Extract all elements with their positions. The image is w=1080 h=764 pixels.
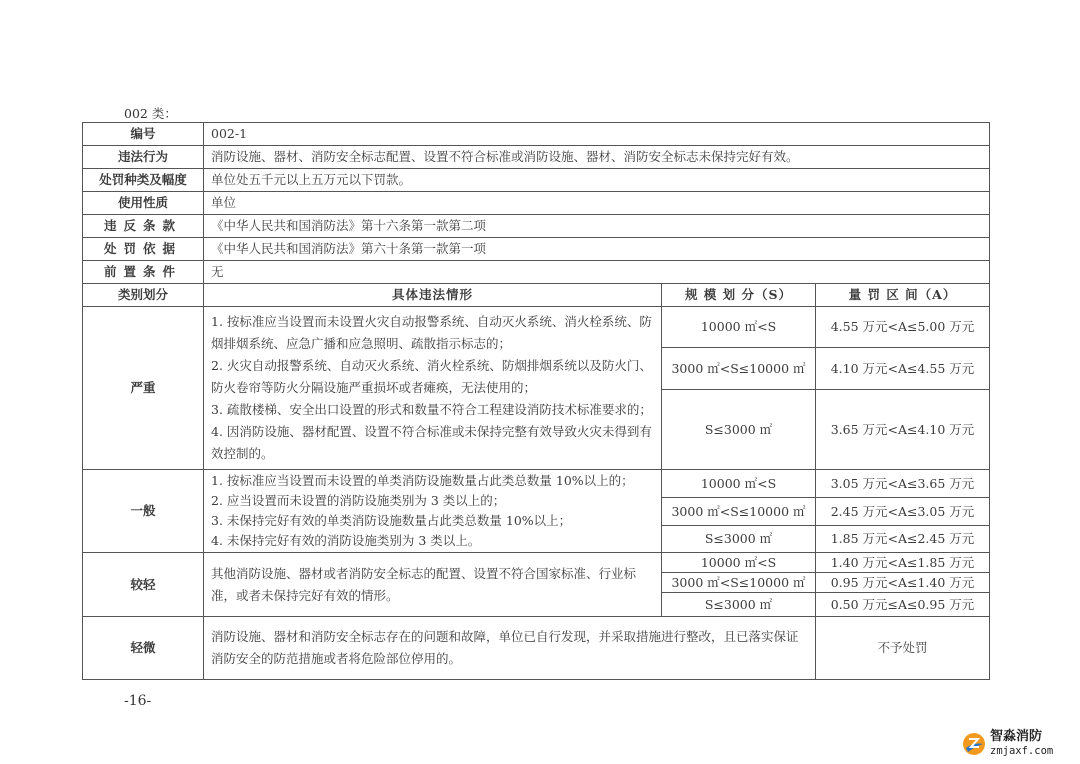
header-penalty: 量 罚 区 间（A） xyxy=(816,284,990,307)
watermark-name: 智淼消防 xyxy=(990,730,1053,744)
info-label: 编号 xyxy=(83,123,204,146)
info-label: 违反条款 xyxy=(83,215,204,238)
scale-tier: 10000 ㎡<S xyxy=(662,470,816,498)
info-row-violated-clause: 违反条款 《中华人民共和国消防法》第十六条第一款第二项 xyxy=(83,215,990,238)
header-category: 类别划分 xyxy=(83,284,204,307)
penalty-range: 0.95 万元<A≤1.40 万元 xyxy=(816,573,990,593)
penalty-range: 2.45 万元<A≤3.05 万元 xyxy=(816,498,990,526)
info-value: 《中华人民共和国消防法》第十六条第一款第二项 xyxy=(204,215,990,238)
penalty-range: 不予处罚 xyxy=(816,617,990,680)
info-row-usage: 使用性质 单位 xyxy=(83,192,990,215)
scale-tier: 3000 ㎡<S≤10000 ㎡ xyxy=(662,573,816,593)
penalty-range: 1.85 万元<A≤2.45 万元 xyxy=(816,526,990,553)
info-label: 前置条件 xyxy=(83,261,204,284)
scale-tier: 10000 ㎡<S xyxy=(662,553,816,573)
category-description: 1. 按标准应当设置而未设置的单类消防设施数量占此类总数量 10%以上的； 2.… xyxy=(204,470,662,553)
info-label: 使用性质 xyxy=(83,192,204,215)
category-name: 一般 xyxy=(83,470,204,553)
info-value: 消防设施、器材、消防安全标志配置、设置不符合标准或消防设施、器材、消防安全标志未… xyxy=(204,146,990,169)
watermark-url: zmjaxf.com xyxy=(990,744,1053,758)
info-row-id: 编号 002-1 xyxy=(83,123,990,146)
info-value: 单位处五千元以上五万元以下罚款。 xyxy=(204,169,990,192)
info-row-penalty-type: 处罚种类及幅度 单位处五千元以上五万元以下罚款。 xyxy=(83,169,990,192)
info-value: 单位 xyxy=(204,192,990,215)
info-value: 无 xyxy=(204,261,990,284)
penalty-range: 1.40 万元<A≤1.85 万元 xyxy=(816,553,990,573)
description-item: 消防设施、器材和消防安全标志存在的问题和故障，单位已自行发现，并采取措施进行整改… xyxy=(211,626,808,670)
penalty-range: 3.65 万元<A≤4.10 万元 xyxy=(816,390,990,470)
category-row-general: 一般 1. 按标准应当设置而未设置的单类消防设施数量占此类总数量 10%以上的；… xyxy=(83,470,990,498)
info-label: 处罚依据 xyxy=(83,238,204,261)
info-row-violation: 违法行为 消防设施、器材、消防安全标志配置、设置不符合标准或消防设施、器材、消防… xyxy=(83,146,990,169)
description-item: 3. 未保持完好有效的单类消防设施数量占此类总数量 10%以上； xyxy=(211,511,654,531)
category-description: 其他消防设施、器材或者消防安全标志的配置、设置不符合国家标准、行业标准，或者未保… xyxy=(204,553,662,617)
brand-logo-icon xyxy=(962,732,986,756)
category-name: 严重 xyxy=(83,307,204,470)
scale-tier: S≤3000 ㎡ xyxy=(662,526,816,553)
watermark: 智淼消防 zmjaxf.com xyxy=(962,726,1080,762)
scale-tier: 3000 ㎡<S≤10000 ㎡ xyxy=(662,498,816,526)
scale-tier: 3000 ㎡<S≤10000 ㎡ xyxy=(662,348,816,390)
category-name: 较轻 xyxy=(83,553,204,617)
info-value: 《中华人民共和国消防法》第六十条第一款第一项 xyxy=(204,238,990,261)
info-label: 违法行为 xyxy=(83,146,204,169)
penalty-range: 4.10 万元<A≤4.55 万元 xyxy=(816,348,990,390)
category-row-minor: 较轻 其他消防设施、器材或者消防安全标志的配置、设置不符合国家标准、行业标准，或… xyxy=(83,553,990,573)
category-row-severe: 严重 1. 按标准应当设置而未设置火灾自动报警系统、自动灭火系统、消火栓系统、防… xyxy=(83,307,990,348)
grid-header-row: 类别划分 具体违法情形 规 模 划 分（S） 量 罚 区 间（A） xyxy=(83,284,990,307)
description-item: 2. 火灾自动报警系统、自动灭火系统、消火栓系统、防烟排烟系统以及防火门、防火卷… xyxy=(211,355,654,399)
penalty-range: 3.05 万元<A≤3.65 万元 xyxy=(816,470,990,498)
category-title: 002 类： xyxy=(124,104,177,122)
category-description: 消防设施、器材和消防安全标志存在的问题和故障，单位已自行发现，并采取措施进行整改… xyxy=(204,617,816,680)
description-item: 3. 疏散楼梯、安全出口设置的形式和数量不符合工程建设消防技术标准要求的； xyxy=(211,399,654,421)
info-label: 处罚种类及幅度 xyxy=(83,169,204,192)
penalty-range: 4.55 万元<A≤5.00 万元 xyxy=(816,307,990,348)
scale-tier: S≤3000 ㎡ xyxy=(662,593,816,617)
info-row-precondition: 前置条件 无 xyxy=(83,261,990,284)
description-item: 4. 因消防设施、器材配置、设置不符合标准或未保持完整有效导致火灾未得到有效控制… xyxy=(211,421,654,465)
scale-tier: 10000 ㎡<S xyxy=(662,307,816,348)
description-item: 2. 应当设置而未设置的消防设施类别为 3 类以上的； xyxy=(211,491,654,511)
page-number: -16- xyxy=(124,693,151,709)
description-item: 1. 按标准应当设置而未设置的单类消防设施数量占此类总数量 10%以上的； xyxy=(211,471,654,491)
penalty-standard-table: 编号 002-1 违法行为 消防设施、器材、消防安全标志配置、设置不符合标准或消… xyxy=(82,122,990,680)
penalty-range: 0.50 万元≤A≤0.95 万元 xyxy=(816,593,990,617)
description-item: 其他消防设施、器材或者消防安全标志的配置、设置不符合国家标准、行业标准，或者未保… xyxy=(211,563,654,607)
header-description: 具体违法情形 xyxy=(204,284,662,307)
info-row-penalty-basis: 处罚依据 《中华人民共和国消防法》第六十条第一款第一项 xyxy=(83,238,990,261)
category-name: 轻微 xyxy=(83,617,204,680)
scale-tier: S≤3000 ㎡ xyxy=(662,390,816,470)
description-item: 1. 按标准应当设置而未设置火灾自动报警系统、自动灭火系统、消火栓系统、防烟排烟… xyxy=(211,311,654,355)
header-scale: 规 模 划 分（S） xyxy=(662,284,816,307)
info-value: 002-1 xyxy=(204,123,990,146)
category-description: 1. 按标准应当设置而未设置火灾自动报警系统、自动灭火系统、消火栓系统、防烟排烟… xyxy=(204,307,662,470)
description-item: 4. 未保持完好有效的消防设施类别为 3 类以上。 xyxy=(211,531,654,551)
category-row-trivial: 轻微 消防设施、器材和消防安全标志存在的问题和故障，单位已自行发现，并采取措施进… xyxy=(83,617,990,680)
